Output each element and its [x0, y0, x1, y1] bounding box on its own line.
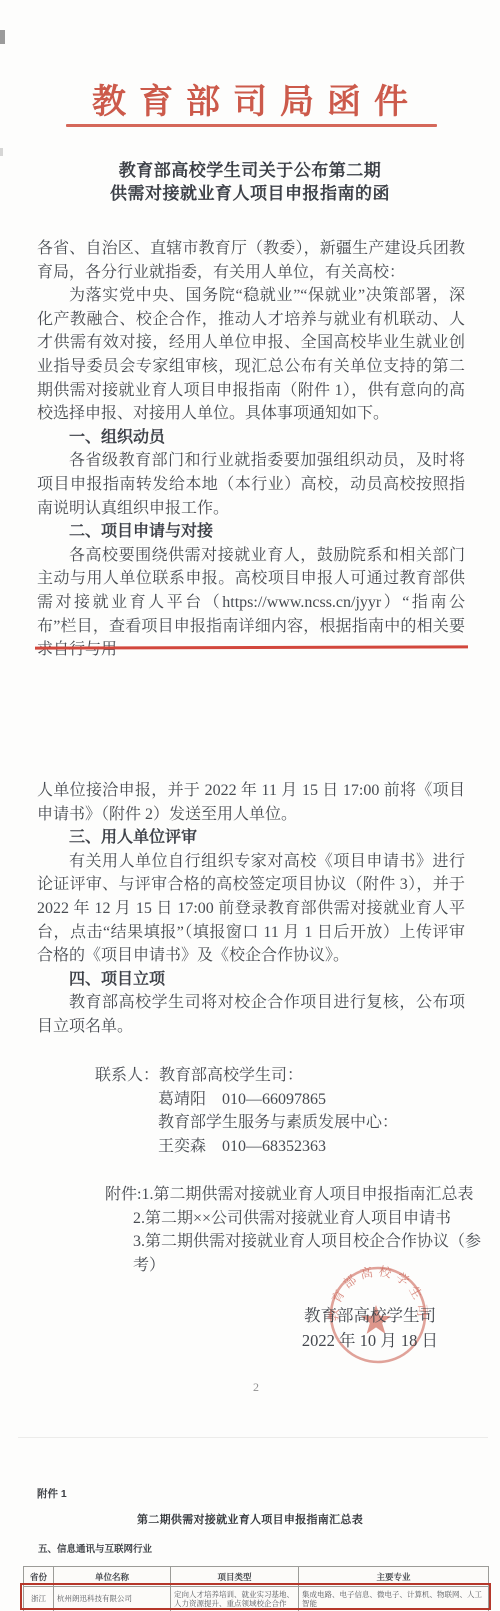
table-header-majors: 主要专业: [299, 1567, 489, 1587]
letter-body-page1: 各省、自治区、直辖市教育厅（教委），新疆生产建设兵团教育局，各分行业就指委，有关…: [37, 237, 465, 662]
section4-paragraph: 教育部高校学生司将对校企合作项目进行复核，公布项目立项名单。: [37, 991, 465, 1038]
scanned-letter-document: 教育部司局函件 教育部高校学生司关于公布第二期 供需对接就业育人项目申报指南的函…: [0, 0, 500, 1611]
table-cell-majors: 集成电路、电子信息、微电子、计算机、物联网、人工智能: [299, 1587, 489, 1611]
contact-block: 联系人：教育部高校学生司： 葛靖阳 010—66097865 教育部学生服务与素…: [95, 1064, 398, 1159]
attachment1-label: 附件 1: [37, 1486, 67, 1501]
letter-body-page2: 人单位接洽申报，并于 2022 年 11 月 15 日 17:00 前将《项目申…: [37, 779, 465, 1039]
section2-paragraph: 各高校要围绕供需对接就业育人，鼓励院系和相关部门主动与用人单位联系申报。高校项目…: [37, 544, 465, 662]
table-header-company: 单位名称: [54, 1567, 171, 1587]
intro-paragraph: 为落实党中央、国务院“稳就业”“保就业”决策部署，深化产教融合、校企合作，推动人…: [37, 284, 465, 426]
document-title-line2: 供需对接就业育人项目申报指南的函: [0, 182, 500, 205]
document-title: 教育部高校学生司关于公布第二期 供需对接就业育人项目申报指南的函: [0, 159, 500, 205]
scan-edge-artifact: [0, 148, 3, 156]
table-cell-province: 浙江: [24, 1587, 54, 1611]
section3-heading: 三、用人单位评审: [37, 826, 465, 850]
contact-org-2: 教育部学生服务与素质发展中心：: [95, 1111, 398, 1135]
attachment1-industry-section: 五、信息通讯与互联网行业: [38, 1541, 152, 1555]
section1-heading: 一、组织动员: [37, 426, 465, 450]
page-divider-line: [18, 1437, 488, 1438]
attachment1-title: 第二期供需对接就业育人项目申报指南汇总表: [0, 1511, 500, 1527]
continuation-paragraph: 人单位接洽申报，并于 2022 年 11 月 15 日 17:00 前将《项目申…: [37, 779, 465, 826]
contact-person-2: 王奕森 010—68352363: [95, 1135, 398, 1159]
section1-paragraph: 各省级教育部门和行业就指委要加强组织动员，及时将项目申报指南转发给本地（本行业）…: [37, 449, 465, 520]
section4-heading: 四、项目立项: [37, 968, 465, 992]
attachment-item-3: 3.第二期供需对接就业育人项目校企合作协议（参考）: [105, 1230, 500, 1277]
section2-heading: 二、项目申请与对接: [37, 520, 465, 544]
contact-label: 联系人：教育部高校学生司：: [95, 1064, 398, 1088]
signature-date: 2022 年 10 月 18 日: [220, 1327, 438, 1351]
attachments-list: 附件:1.第二期供需对接就业育人项目申报指南汇总表 2.第二期××公司供需对接就…: [105, 1183, 500, 1278]
signature-organization: 教育部高校学生司: [230, 1302, 436, 1326]
letterhead-rule: [66, 124, 437, 127]
page-number: 2: [246, 1380, 266, 1395]
attachment-item-2: 2.第二期××公司供需对接就业育人项目申请书: [105, 1207, 500, 1231]
table-cell-company: 杭州朗迅科技有限公司: [54, 1587, 171, 1611]
contact-person-1: 葛靖阳 010—66097865: [95, 1088, 398, 1112]
table-header-province: 省份: [24, 1567, 54, 1587]
salutation: 各省、自治区、直辖市教育厅（教委），新疆生产建设兵团教育局，各分行业就指委，有关…: [37, 237, 465, 284]
document-title-line1: 教育部高校学生司关于公布第二期: [0, 159, 500, 182]
section3-paragraph: 有关用人单位自行组织专家对高校《项目申请书》进行论证评审、与评审合格的高校签定项…: [37, 850, 465, 968]
attachment-item-1: 附件:1.第二期供需对接就业育人项目申报指南汇总表: [105, 1183, 500, 1207]
guide-summary-table: 省份 单位名称 项目类型 主要专业 浙江 杭州朗迅科技有限公司 定向人才培养培训…: [23, 1566, 489, 1611]
table-header-project-type: 项目类型: [171, 1567, 299, 1587]
letterhead-title: 教育部司局函件: [0, 74, 500, 123]
table-cell-project-types: 定向人才培养培训、就业实习基地、人力资源提升、重点领域校企合作: [171, 1587, 299, 1611]
scan-edge-artifact: [0, 30, 5, 44]
